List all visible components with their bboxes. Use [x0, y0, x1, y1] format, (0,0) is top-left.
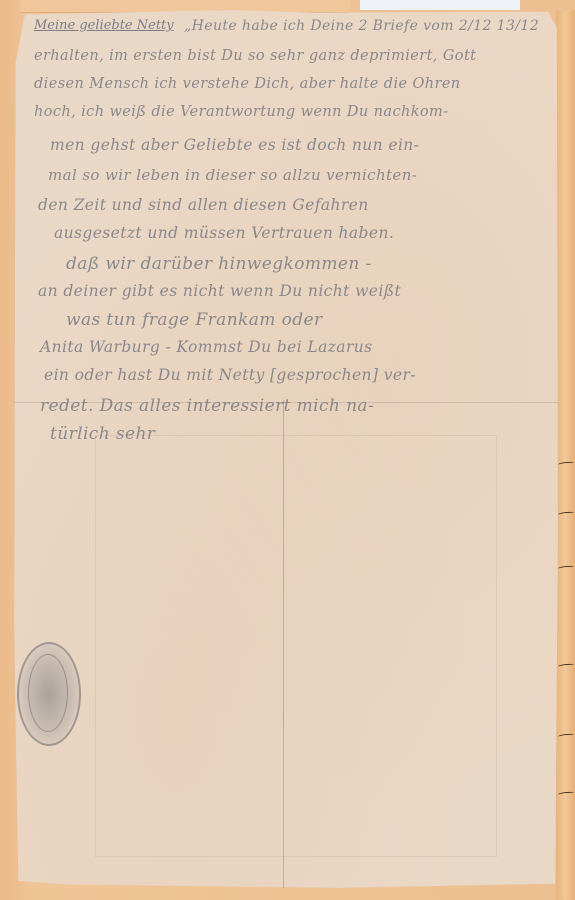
letter-line: ein oder hast Du mit Netty [gesprochen] … — [44, 366, 416, 384]
letter-line: an deiner gibt es nicht wenn Du nicht we… — [38, 282, 401, 300]
letter-salutation: Meine geliebte Netty — [34, 18, 174, 33]
faded-printed-frame — [95, 435, 497, 857]
letter-line: hoch, ich weiß die Verantwortung wenn Du… — [34, 104, 448, 120]
letter-line: den Zeit und sind allen diesen Gefahren — [38, 196, 369, 214]
letter-line: ausgesetzt und müssen Vertrauen haben. — [54, 224, 394, 242]
letter-line: was tun frage Frankam oder — [66, 310, 323, 330]
letter-line: men gehst aber Geliebte es ist doch nun … — [50, 136, 419, 154]
letter-line: redet. Das alles interessiert mich na- — [40, 396, 374, 416]
letter-line: mal so wir leben in dieser so allzu vern… — [48, 166, 417, 184]
backing-paper-right-edge — [556, 10, 575, 900]
letter-line: „Heute habe ich Deine 2 Briefe vom 2/12 … — [184, 18, 539, 34]
background-gap — [360, 0, 520, 10]
letter-line: erhalten, im ersten bist Du so sehr ganz… — [34, 48, 476, 64]
letter-line: daß wir darüber hinwegkommen - — [66, 254, 372, 274]
letter-line: diesen Mensch ich verstehe Dich, aber ha… — [34, 76, 461, 92]
letter-line: türlich sehr — [50, 424, 155, 444]
fold-line-vertical — [283, 400, 284, 888]
pencil-oval-sketch-icon — [17, 642, 81, 746]
letter-line: Anita Warburg - Kommst Du bei Lazarus — [40, 338, 373, 356]
document-scan: Meine geliebte Netty „Heute habe ich Dei… — [0, 0, 575, 900]
